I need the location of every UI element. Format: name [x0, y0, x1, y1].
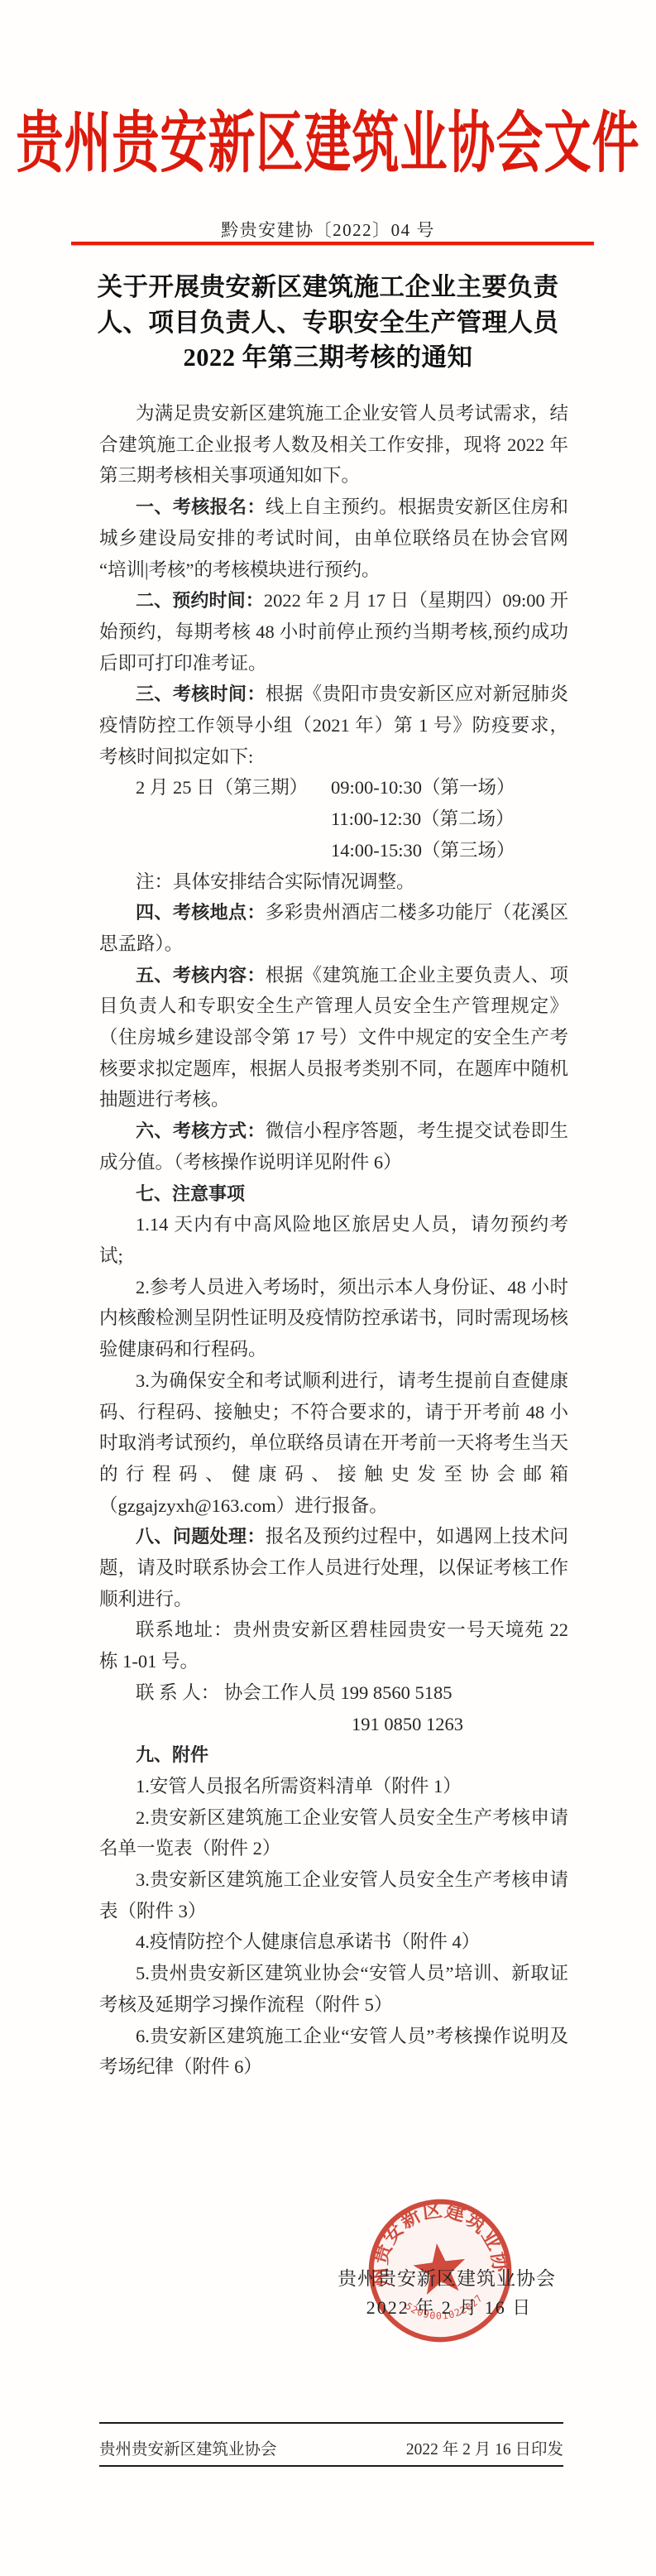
- schedule-row: 11:00-12:30（第二场）: [99, 804, 568, 835]
- body-paragraph: 一、考核报名：线上自主预约。根据贵安新区住房和城乡建设局安排的考试时间，由单位联…: [99, 492, 568, 585]
- body-paragraph: 七、注意事项: [99, 1178, 568, 1210]
- notice-title-line2: 人、项目负责人、专职安全生产管理人员: [0, 305, 656, 341]
- body-paragraph: 1.14 天内有中高风险地区旅居史人员，请勿预约考试;: [99, 1209, 568, 1271]
- body-paragraph: 三、考核时间：根据《贵阳市贵安新区应对新冠肺炎疫情防控工作领导小组（2021 年…: [99, 679, 568, 772]
- schedule-row: 14:00-15:30（第三场）: [99, 835, 568, 866]
- section-heading: 七、注意事项: [136, 1183, 245, 1204]
- body-paragraph: 2.贵安新区建筑施工企业安管人员安全生产考核申请名单一览表（附件 2）: [99, 1802, 568, 1864]
- notice-title-line1: 关于开展贵安新区建筑施工企业主要负责: [0, 270, 656, 305]
- body-paragraph: 五、考核内容：根据《建筑施工企业主要负责人、项目负责人和专职安全生产管理人员安全…: [99, 960, 568, 1116]
- body-paragraph: 九、附件: [99, 1739, 568, 1771]
- footer-bottom-rule: [99, 2465, 563, 2467]
- schedule-session: 14:00-15:30（第三场）: [331, 840, 515, 861]
- document-page: 贵州贵安新区建筑业协会文件 黔贵安建协〔2022〕04 号 关于开展贵安新区建筑…: [0, 0, 656, 2576]
- red-divider-line: [71, 242, 594, 245]
- body-paragraph: 1.安管人员报名所需资料清单（附件 1）: [99, 1771, 568, 1802]
- schedule-date: 2 月 25 日（第三期）: [99, 772, 331, 804]
- letterhead-title: 贵州贵安新区建筑业协会文件: [0, 89, 656, 185]
- contact-phone-line: 191 0850 1263: [99, 1709, 568, 1740]
- section-heading: 四、考核地点：: [136, 902, 266, 923]
- body-paragraph: 为满足贵安新区建筑施工企业安管人员考试需求，结合建筑施工企业报考人数及相关工作安…: [99, 398, 568, 492]
- body-paragraph: 注：具体安排结合实际情况调整。: [99, 866, 568, 898]
- body-paragraph: 2.参考人员进入考场时，须出示本人身份证、48 小时内核酸检测呈阴性证明及疫情防…: [99, 1272, 568, 1365]
- document-body: 为满足贵安新区建筑施工企业安管人员考试需求，结合建筑施工企业报考人数及相关工作安…: [99, 398, 568, 2083]
- body-paragraph: 联系地址：贵州贵安新区碧桂园贵安一号天境苑 22 栋 1-01 号。: [99, 1614, 568, 1677]
- schedule-session: 09:00-10:30（第一场）: [331, 777, 515, 798]
- notice-title: 关于开展贵安新区建筑施工企业主要负责 人、项目负责人、专职安全生产管理人员 20…: [0, 270, 656, 376]
- section-heading: 八、问题处理：: [136, 1526, 266, 1547]
- body-paragraph: 4.疫情防控个人健康信息承诺书（附件 4）: [99, 1926, 568, 1958]
- notice-title-line3: 2022 年第三期考核的通知: [0, 340, 656, 376]
- body-paragraph: 八、问题处理：报名及预约过程中，如遇网上技术问题，请及时联系协会工作人员进行处理…: [99, 1521, 568, 1614]
- body-paragraph: 3.为确保安全和考试顺利进行，请考生提前自查健康码、行程码、接触史；不符合要求的…: [99, 1365, 568, 1522]
- section-heading: 五、考核内容：: [136, 965, 266, 986]
- signature-date: 2022 年 2 月 16 日: [366, 2294, 533, 2319]
- body-paragraph: 四、考核地点：多彩贵州酒店二楼多功能厅（花溪区思孟路）。: [99, 897, 568, 959]
- signature-org: 贵州贵安新区建筑业协会: [338, 2263, 556, 2291]
- section-heading: 三、考核时间：: [136, 684, 266, 704]
- body-paragraph: 3.贵安新区建筑施工企业安管人员安全生产考核申请表（附件 3）: [99, 1864, 568, 1926]
- schedule-session: 11:00-12:30（第二场）: [331, 808, 515, 829]
- body-paragraph: 6.贵安新区建筑施工企业“安管人员”考核操作说明及考场纪律（附件 6）: [99, 2021, 568, 2083]
- document-number: 黔贵安建协〔2022〕04 号: [0, 217, 656, 242]
- section-heading: 二、预约时间：: [136, 590, 264, 611]
- footer-print-date: 2022 年 2 月 16 日印发: [406, 2436, 563, 2459]
- section-heading: 一、考核报名：: [136, 496, 266, 517]
- footer-row: 贵州贵安新区建筑业协会 2022 年 2 月 16 日印发: [99, 2436, 563, 2459]
- footer-top-rule: [99, 2422, 563, 2424]
- body-paragraph: 二、预约时间：2022 年 2 月 17 日（星期四）09:00 开始预约，每期…: [99, 585, 568, 679]
- section-heading: 六、考核方式：: [136, 1120, 266, 1141]
- contact-person-line: 联 系 人： 协会工作人员 199 8560 5185: [99, 1677, 568, 1709]
- section-heading: 九、附件: [136, 1744, 208, 1765]
- schedule-row: 2 月 25 日（第三期）09:00-10:30（第一场）: [99, 772, 568, 804]
- body-paragraph: 5.贵州贵安新区建筑业协会“安管人员”培训、新取证考核及延期学习操作流程（附件 …: [99, 1958, 568, 2020]
- body-paragraph: 六、考核方式：微信小程序答题，考生提交试卷即生成分值。（考核操作说明详见附件 6…: [99, 1115, 568, 1178]
- footer-issuer: 贵州贵安新区建筑业协会: [99, 2436, 277, 2459]
